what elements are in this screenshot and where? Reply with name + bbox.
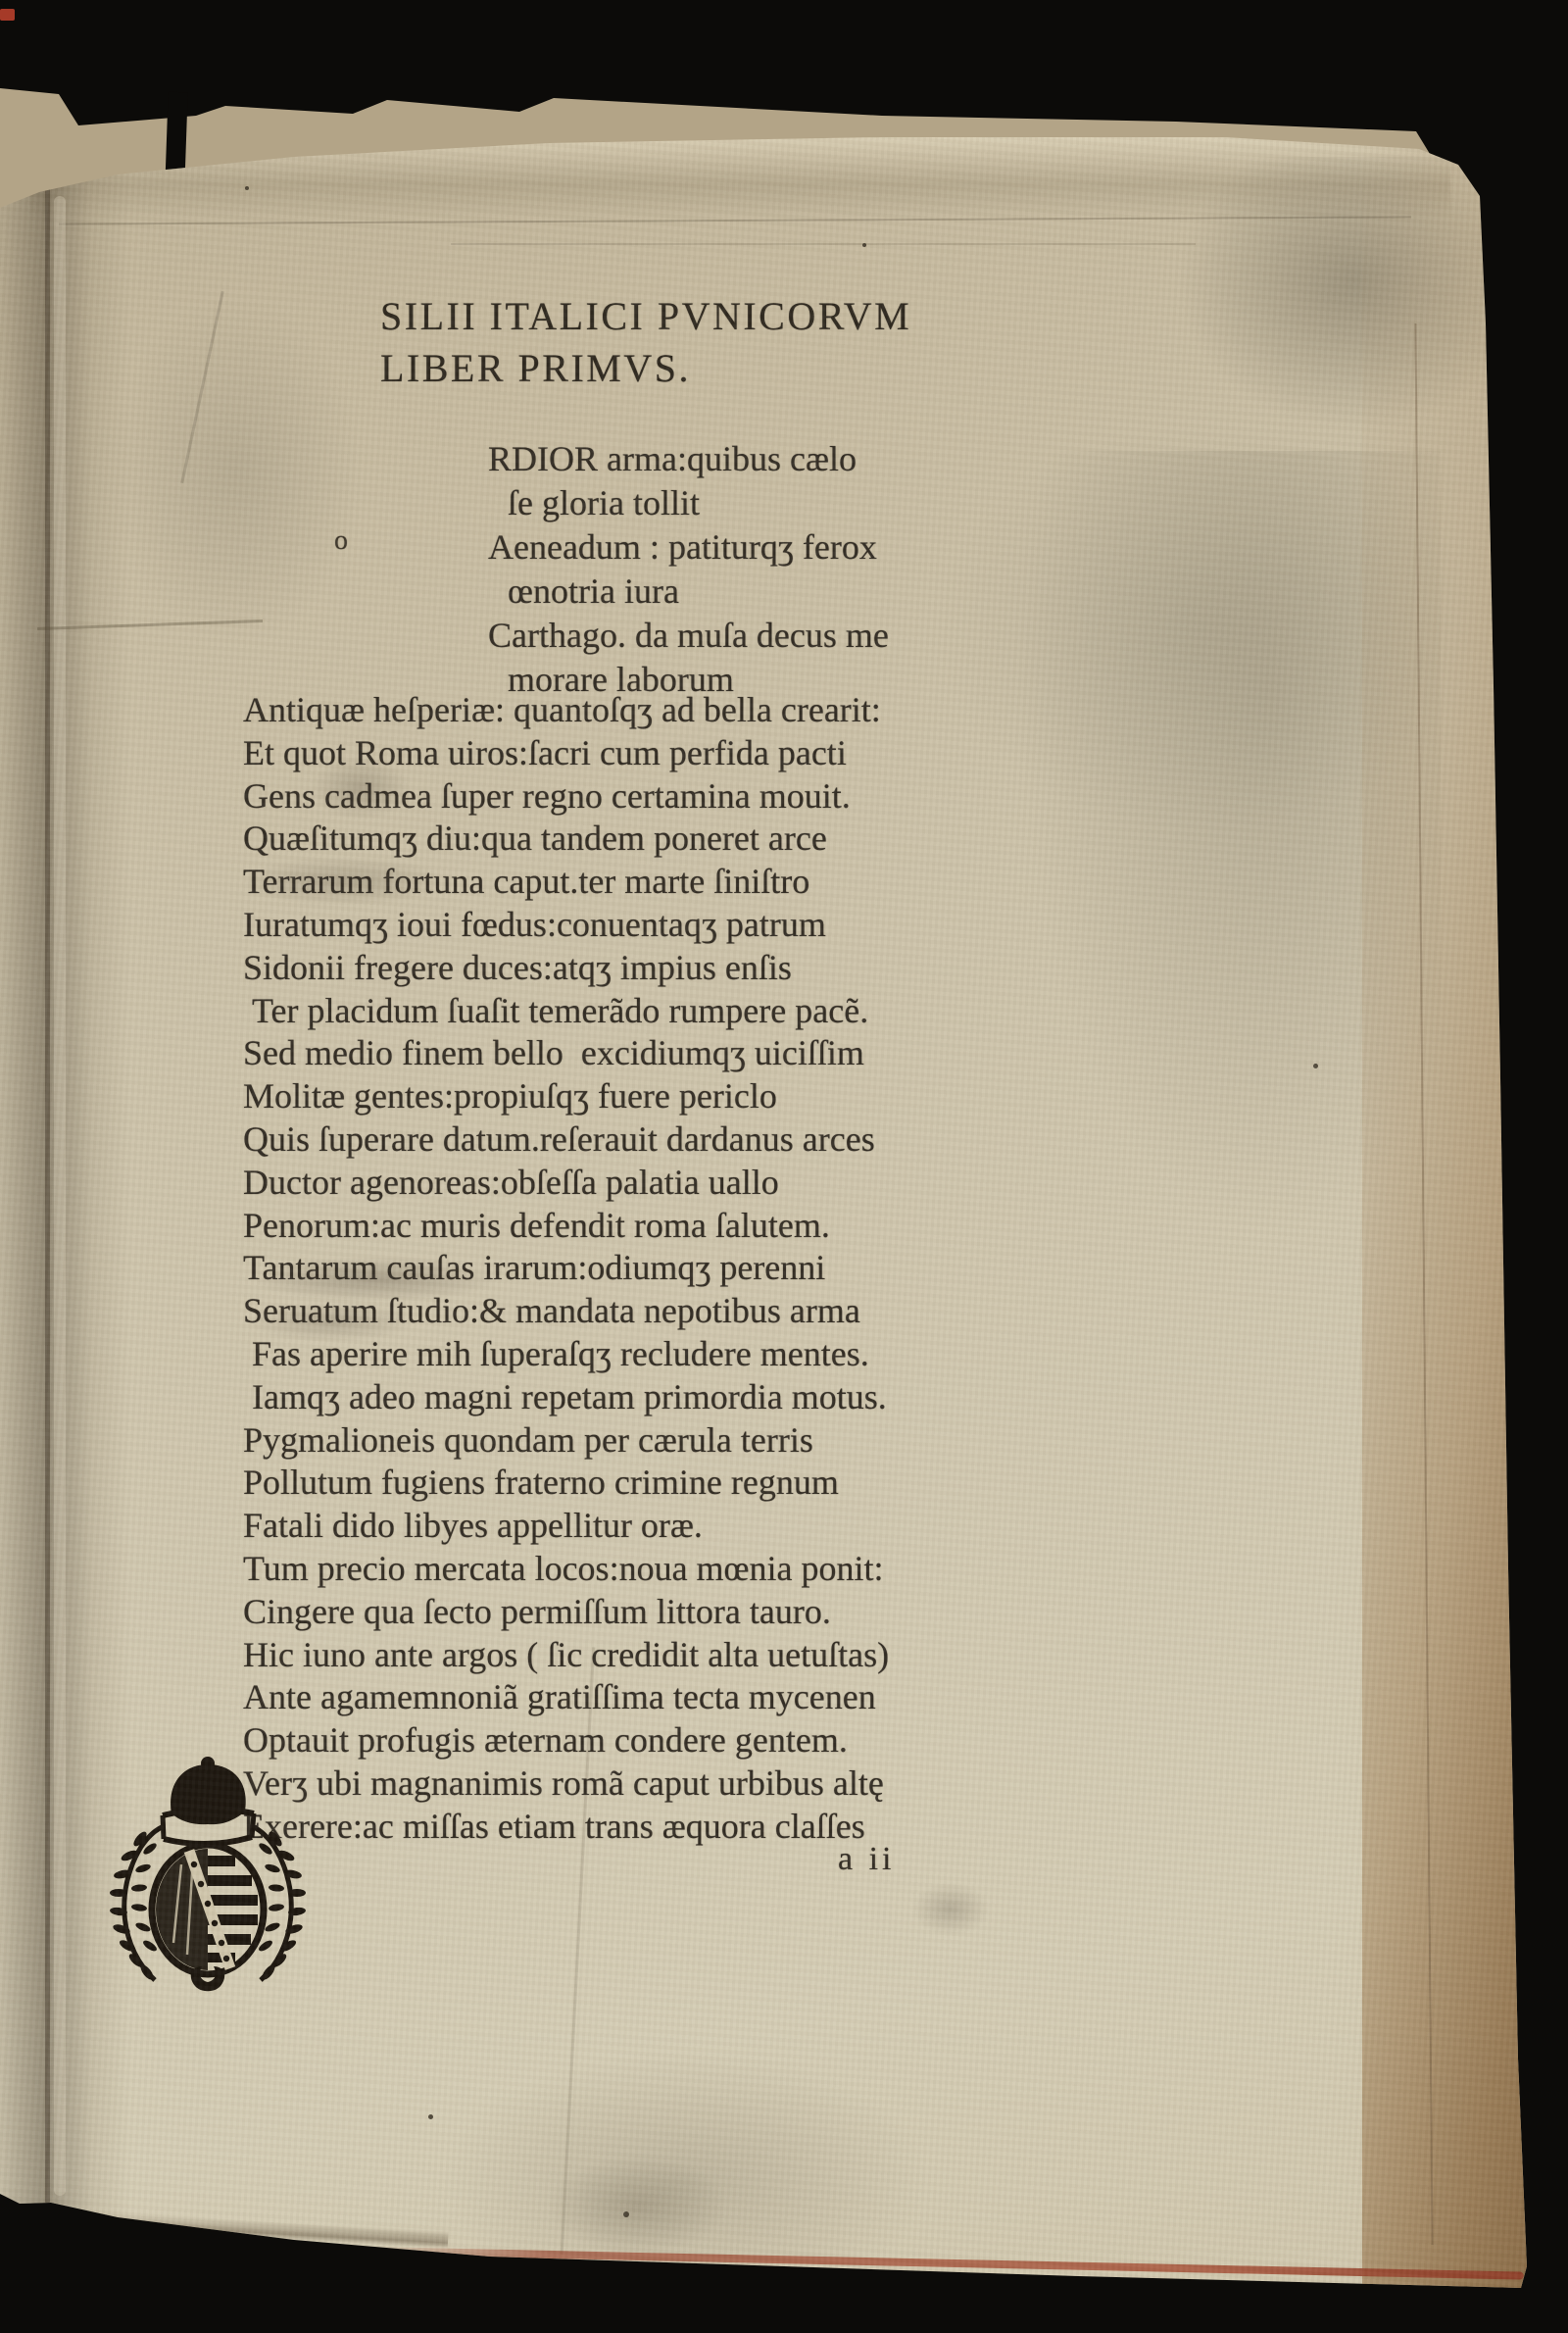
stain bbox=[253, 1304, 410, 1341]
verse-line: Aeneadum : patiturqʒ ferox bbox=[488, 525, 889, 570]
guide-letter: o bbox=[334, 525, 348, 557]
verse-line: Antiquæ heſperiæ: quantoſqʒ ad bella cre… bbox=[243, 689, 889, 732]
verse-line: Cingere qua ſecto permiſſum littora taur… bbox=[243, 1591, 889, 1634]
stain bbox=[931, 422, 1480, 833]
stain bbox=[1009, 451, 1441, 1255]
verse-line: ſe gloria tollit bbox=[488, 481, 889, 525]
fold-crease bbox=[37, 620, 263, 630]
fold-crease bbox=[561, 1647, 595, 2254]
pencil-ghost-mark bbox=[911, 1882, 990, 1936]
verse-line: morare laborum bbox=[488, 658, 889, 702]
verse-line: Tum precio mercata locos:noua mœnia poni… bbox=[243, 1548, 889, 1591]
red-sprinkled-edge bbox=[372, 2247, 1524, 2280]
stain bbox=[549, 2157, 725, 2255]
stain bbox=[441, 2049, 931, 2313]
verse-line: Seruatum ſtudio:& mandata nepotibus arma bbox=[243, 1290, 889, 1333]
verse-line: Fatali dido libyes appellitur oræ. bbox=[243, 1505, 889, 1548]
verse-line: Quæſitumqʒ diu:qua tandem poneret arce bbox=[243, 818, 889, 861]
ink-speck bbox=[428, 2114, 433, 2119]
verse-line: Pygmalioneis quondam per cærula terris bbox=[243, 1419, 889, 1463]
gutter-shadow bbox=[0, 167, 167, 2235]
verse-line: Terrarum fortuna caput.ter marte ſiniſtr… bbox=[243, 861, 889, 904]
verse-line: Et quot Roma uiros:ſacri cum perfida pac… bbox=[243, 732, 889, 775]
top-crease bbox=[59, 216, 1411, 224]
ink-speck bbox=[1313, 1064, 1318, 1068]
verse-line: Exerere:ac miſſas etiam trans æquora cla… bbox=[243, 1806, 889, 1849]
ink-speck bbox=[862, 243, 866, 247]
stain bbox=[245, 858, 441, 905]
verse-line: Ter placidum ſuaſit temerãdo rumpere pac… bbox=[243, 990, 889, 1033]
verse-line: Iuratumqʒ ioui fœdus:conuentaqʒ patrum bbox=[243, 904, 889, 947]
stain bbox=[312, 757, 410, 819]
verse-line: Pollutum fugiens fraterno crimine regnum bbox=[243, 1462, 889, 1505]
verse-line: Molitæ gentes:propiuſqʒ fuere periclo bbox=[243, 1075, 889, 1118]
book-page-scan: SILII ITALICI PVNICORVM LIBER PRIMVS. o … bbox=[0, 0, 1568, 2333]
heading-line: SILII ITALICI PVNICORVM bbox=[380, 290, 911, 342]
manuscript-page: SILII ITALICI PVNICORVM LIBER PRIMVS. o … bbox=[0, 0, 1568, 2333]
ownership-stamp-icon bbox=[101, 1755, 315, 1998]
fold-crease bbox=[180, 291, 224, 483]
verse-line: œnotria iura bbox=[488, 570, 889, 614]
verse-line: Iamqʒ adeo magni repetam primordia motus… bbox=[243, 1376, 889, 1419]
verse-line: Optauit profugis æternam condere gentem. bbox=[243, 1719, 889, 1762]
verse-line: Carthago. da muſa decus me bbox=[488, 614, 889, 658]
ink-speck bbox=[733, 59, 738, 64]
chapter-heading: SILII ITALICI PVNICORVM LIBER PRIMVS. bbox=[380, 290, 911, 394]
heading-line: LIBER PRIMVS. bbox=[380, 342, 911, 394]
verse-line: Ductor agenoreas:obſeſſa palatia uallo bbox=[243, 1162, 889, 1205]
verse-line: Tantarum cauſas irarum:odiumqʒ perenni bbox=[243, 1247, 889, 1290]
verse-line: Penorum:ac muris defendit roma ſalutem. bbox=[243, 1205, 889, 1248]
ink-speck bbox=[1139, 71, 1145, 76]
verse-line: Sidonii fregere duces:atqʒ impius enſis bbox=[243, 947, 889, 990]
verse-line: RDIOR arma:quibus cælo bbox=[488, 437, 889, 481]
stain bbox=[257, 1258, 492, 1301]
gutter-crease bbox=[45, 186, 50, 2204]
stain bbox=[108, 294, 363, 647]
top-crease bbox=[451, 243, 1196, 245]
verse-line: Gens cadmea ſuper regno certamina mouit. bbox=[243, 775, 889, 819]
ink-speck bbox=[623, 2211, 629, 2217]
gutter-highlight bbox=[54, 196, 66, 2196]
verse-line: Fas aperire mih ſuperaſqʒ recludere ment… bbox=[243, 1333, 889, 1376]
verse-line: Sed medio finem bello excidiumqʒ uiciſſi… bbox=[243, 1032, 889, 1075]
opening-verse-block: RDIOR arma:quibus cæloſe gloria tollitAe… bbox=[488, 437, 889, 702]
verse-line: Verʒ ubi magnanimis romã caput urbibus a… bbox=[243, 1762, 889, 1806]
bottom-edge-shadow bbox=[36, 2198, 449, 2249]
stain bbox=[1176, 157, 1499, 431]
quire-signature: a ii bbox=[838, 1841, 895, 1878]
ink-speck bbox=[245, 186, 249, 190]
red-edge-mark bbox=[0, 9, 15, 21]
verse-line: Ante agamemnoniã gratiſſima tecta mycene… bbox=[243, 1676, 889, 1719]
fore-edge bbox=[1362, 125, 1568, 2333]
verse-line: Quis ſuperare datum.reſerauit dardanus a… bbox=[243, 1118, 889, 1162]
fore-edge-leaf-line bbox=[1414, 323, 1433, 2245]
poem-body: Antiquæ heſperiæ: quantoſqʒ ad bella cre… bbox=[243, 689, 889, 1849]
verse-line: Hic iuno ante argos ( ſic credidit alta … bbox=[243, 1634, 889, 1677]
